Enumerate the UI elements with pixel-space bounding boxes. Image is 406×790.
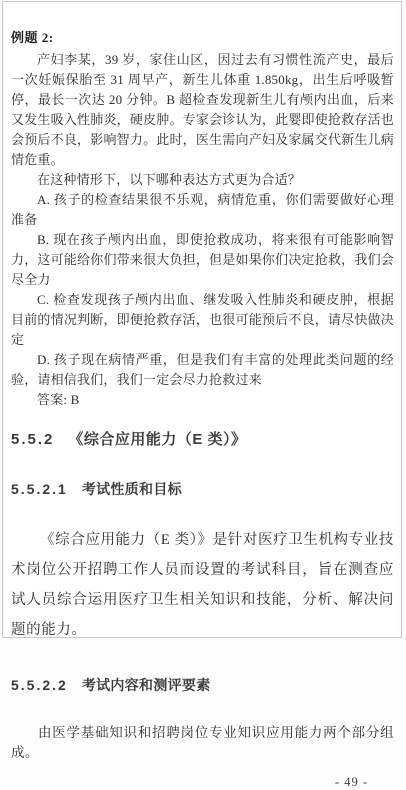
- section-heading-5521: 5.5.2.1 考试性质和目标: [11, 479, 394, 499]
- option-a: A. 孩子的检查结果很不乐观，病情危重，你们需要做好心理准备: [11, 190, 394, 230]
- section-body-5521: 《综合应用能力（E 类）》是针对医疗卫生机构专业技术岗位公开招聘工作人员而设置的…: [11, 525, 394, 641]
- section-title: 《综合应用能力（E 类）》: [68, 428, 246, 449]
- example-label: 例题 2:: [11, 28, 394, 48]
- section-heading-552: 5.5.2 《综合应用能力（E 类）》: [11, 428, 394, 449]
- example-stem: 产妇李某，39 岁，家住山区，因过去有习惯性流产史，最后一次妊娠保胎至 31 周…: [11, 50, 394, 170]
- option-d: D. 孩子现在病情严重，但是我们有丰富的处理此类问题的经验，请相信我们，我们一定…: [11, 350, 394, 390]
- section-number: 5.5.2.1: [11, 481, 68, 497]
- option-c: C. 检查发现孩子颅内出血、继发吸入性肺炎和硬皮肿，根据目前的情况判断，即便抢救…: [11, 290, 394, 350]
- section-number: 5.5.2: [11, 431, 54, 448]
- option-b: B. 现在孩子颅内出血，即使抢救成功，将来很有可能影响智力，这可能给你们带来很大…: [11, 230, 394, 290]
- answer-line: 答案: B: [11, 390, 394, 410]
- example-question: 在这种情形下，以下哪种表达方式更为合适？: [11, 170, 394, 190]
- section-title: 考试性质和目标: [82, 479, 182, 499]
- document-page: 例题 2: 产妇李某，39 岁，家住山区，因过去有习惯性流产史，最后一次妊娠保胎…: [2, 1, 402, 638]
